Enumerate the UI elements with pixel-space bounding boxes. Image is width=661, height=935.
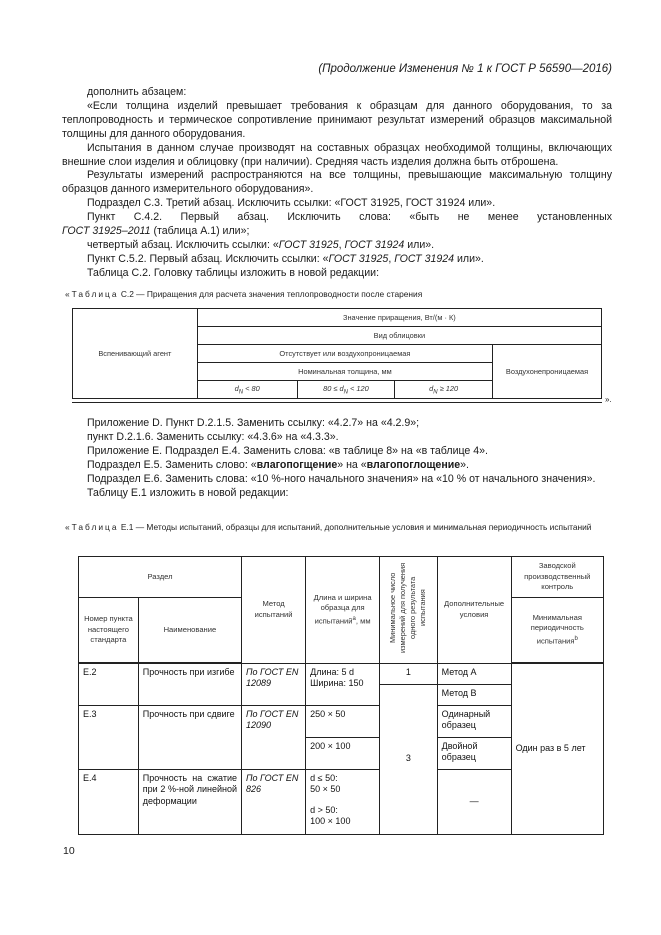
cell-condition: Метод А: [437, 663, 511, 684]
cell-condition: Метод В: [437, 684, 511, 705]
cell-clause: Е.3: [79, 705, 139, 769]
standard-ref: ГОСТ 31925: [279, 239, 339, 251]
table-c2: Вспенивающий агент Значение приращения, …: [72, 308, 602, 399]
paragraph: Пункт С.4.2. Первый абзац. Исключить сло…: [62, 211, 612, 225]
cell-method: По ГОСТ EN 826: [242, 769, 306, 834]
header-cell-impermeable: Воздухонепроницаемая: [493, 345, 602, 399]
header-cell-agent: Вспенивающий агент: [73, 309, 198, 399]
header-cell-conditions: Дополнительные условия: [437, 557, 511, 664]
header-cell-permeable: Отсутствует или воздухопроницаемая: [197, 345, 492, 363]
text: < 120: [348, 384, 369, 393]
header-cell-frequency: Минимальная периодичность испытанияb: [511, 598, 603, 664]
header-cell-range: dN ≥ 120: [395, 381, 493, 399]
text: Пункт С.5.2. Первый абзац. Исключить ссы…: [87, 253, 328, 265]
header-cell-clause: Номер пункта настоящего стандарта: [79, 598, 139, 664]
text: (таблица А.1) или»;: [151, 225, 250, 237]
paragraph: ГОСТ 31925–2011 (таблица А.1) или»;: [62, 225, 612, 239]
body-text-upper: дополнить абзацем: «Если толщина изделий…: [62, 86, 612, 281]
paragraph: Испытания в данном случае производят на …: [62, 142, 612, 170]
text: , мм: [356, 616, 371, 625]
caption-text: Е.1 — Методы испытаний, образцы для испы…: [119, 522, 592, 532]
standard-ref: ГОСТ 31924: [344, 239, 404, 251]
paragraph: Пункт С.5.2. Первый абзац. Исключить ссы…: [62, 253, 612, 267]
text: или».: [454, 253, 484, 265]
cell-method: По ГОСТ EN 12089: [242, 663, 306, 705]
header-cell-size: Длина и ширина образца для испытанийa, м…: [306, 557, 380, 664]
standard-ref: ГОСТ 31925–2011: [62, 225, 151, 237]
paragraph: пункт D.2.1.6. Заменить ссылку: «4.3.6» …: [62, 431, 612, 445]
header-cell-range: 80 ≤ dN < 120: [297, 381, 395, 399]
text: 80 ≤ d: [323, 384, 344, 393]
caption-text: С.2 — Приращения для расчета значения те…: [119, 289, 423, 299]
cell-name: Прочность при сдвиге: [138, 705, 241, 769]
text: Подраздел Е.5. Заменить слово: «: [87, 459, 257, 471]
closing-quote: ».: [605, 395, 612, 404]
header-cell-increment: Значение приращения, Вт/(м · К): [197, 309, 601, 327]
caption-label: «Таблица: [65, 522, 119, 532]
header-cell-name: Наименование: [138, 598, 241, 664]
cell-frequency: Один раз в 5 лет: [511, 663, 603, 834]
text: ≥ 120: [438, 384, 459, 393]
cell-size: 250 × 50: [306, 705, 380, 737]
table-e1: Раздел Метод испытаний Длина и ширина об…: [78, 556, 604, 835]
paragraph: «Если толщина изделий превышает требован…: [62, 100, 612, 142]
text: четвертый абзац. Исключить ссылки: «: [87, 239, 279, 251]
cell-method: По ГОСТ EN 12090: [242, 705, 306, 769]
header-cell-thickness: Номинальная толщина, мм: [197, 363, 492, 381]
cell-name: Прочность на сжатие при 2 %-ной линейной…: [138, 769, 241, 834]
cell-name: Прочность при изгибе: [138, 663, 241, 705]
cell-clause: Е.4: [79, 769, 139, 834]
cell-count: 1: [380, 663, 438, 684]
header-cell-section: Раздел: [79, 557, 242, 598]
paragraph: Приложение Е. Подраздел Е.4. Заменить сл…: [62, 445, 612, 459]
standard-ref: ГОСТ 31924: [394, 253, 454, 265]
cell-size: Длина: 5 d Ширина: 150: [306, 663, 380, 705]
text: Пункт С.4.2. Первый абзац. Исключить сло…: [87, 211, 612, 223]
cell-size: d > 50: 100 × 100: [306, 802, 380, 835]
cell-count: 3: [380, 684, 438, 834]
running-title: (Продолжение Изменения № 1 к ГОСТ Р 5659…: [318, 63, 612, 75]
cell-condition: Двойной образец: [437, 737, 511, 769]
paragraph: четвертый абзац. Исключить ссылки: «ГОСТ…: [62, 239, 612, 253]
paragraph: Таблицу Е.1 изложить в новой редакции:: [62, 487, 612, 501]
header-cell-min-measurements: Минимальное число измерений для получени…: [380, 557, 438, 664]
text: ».: [460, 459, 469, 471]
paragraph: Подраздел Е.6. Заменить слова: «10 %-ног…: [62, 473, 612, 487]
caption-label: «Таблица: [65, 289, 119, 299]
bold-word: влагопоглощение: [367, 459, 460, 471]
header-cell-range: dN < 80: [197, 381, 297, 399]
header-cell-facing: Вид облицовки: [197, 327, 601, 345]
table-e1-caption: «Таблица Е.1 — Методы испытаний, образцы…: [65, 522, 610, 533]
header-cell-factory-control: Заводской производственный контроль: [511, 557, 603, 598]
paragraph: Подраздел С.3. Третий абзац. Исключить с…: [62, 197, 612, 211]
paragraph: дополнить абзацем:: [62, 86, 612, 100]
paragraph: Таблица С.2. Головку таблицы изложить в …: [62, 267, 612, 281]
table-bottom-rule: [72, 402, 602, 404]
bold-word: влагопогщение: [257, 459, 338, 471]
cell-size: 200 × 100: [306, 737, 380, 769]
footnote-mark: b: [575, 636, 578, 642]
text: или».: [404, 239, 434, 251]
paragraph: Результаты измерений распространяются на…: [62, 169, 612, 197]
page-number: 10: [63, 845, 75, 857]
table-c2-caption: «Таблица С.2 — Приращения для расчета зн…: [65, 289, 422, 300]
text: » на «: [337, 459, 366, 471]
paragraph: Подраздел Е.5. Заменить слово: «влагопог…: [62, 459, 612, 473]
cell-size: d ≤ 50: 50 × 50: [306, 769, 380, 802]
cell-clause: Е.2: [79, 663, 139, 705]
cell-condition: —: [437, 769, 511, 834]
paragraph: Приложение D. Пункт D.2.1.5. Заменить сс…: [62, 417, 612, 431]
body-text-lower: Приложение D. Пункт D.2.1.5. Заменить сс…: [62, 417, 612, 500]
vertical-text: Минимальное число измерений для получени…: [388, 558, 428, 658]
cell-condition: Одинарный образец: [437, 705, 511, 737]
text: < 80: [243, 384, 260, 393]
header-cell-method: Метод испытаний: [242, 557, 306, 664]
standard-ref: ГОСТ 31925: [328, 253, 388, 265]
